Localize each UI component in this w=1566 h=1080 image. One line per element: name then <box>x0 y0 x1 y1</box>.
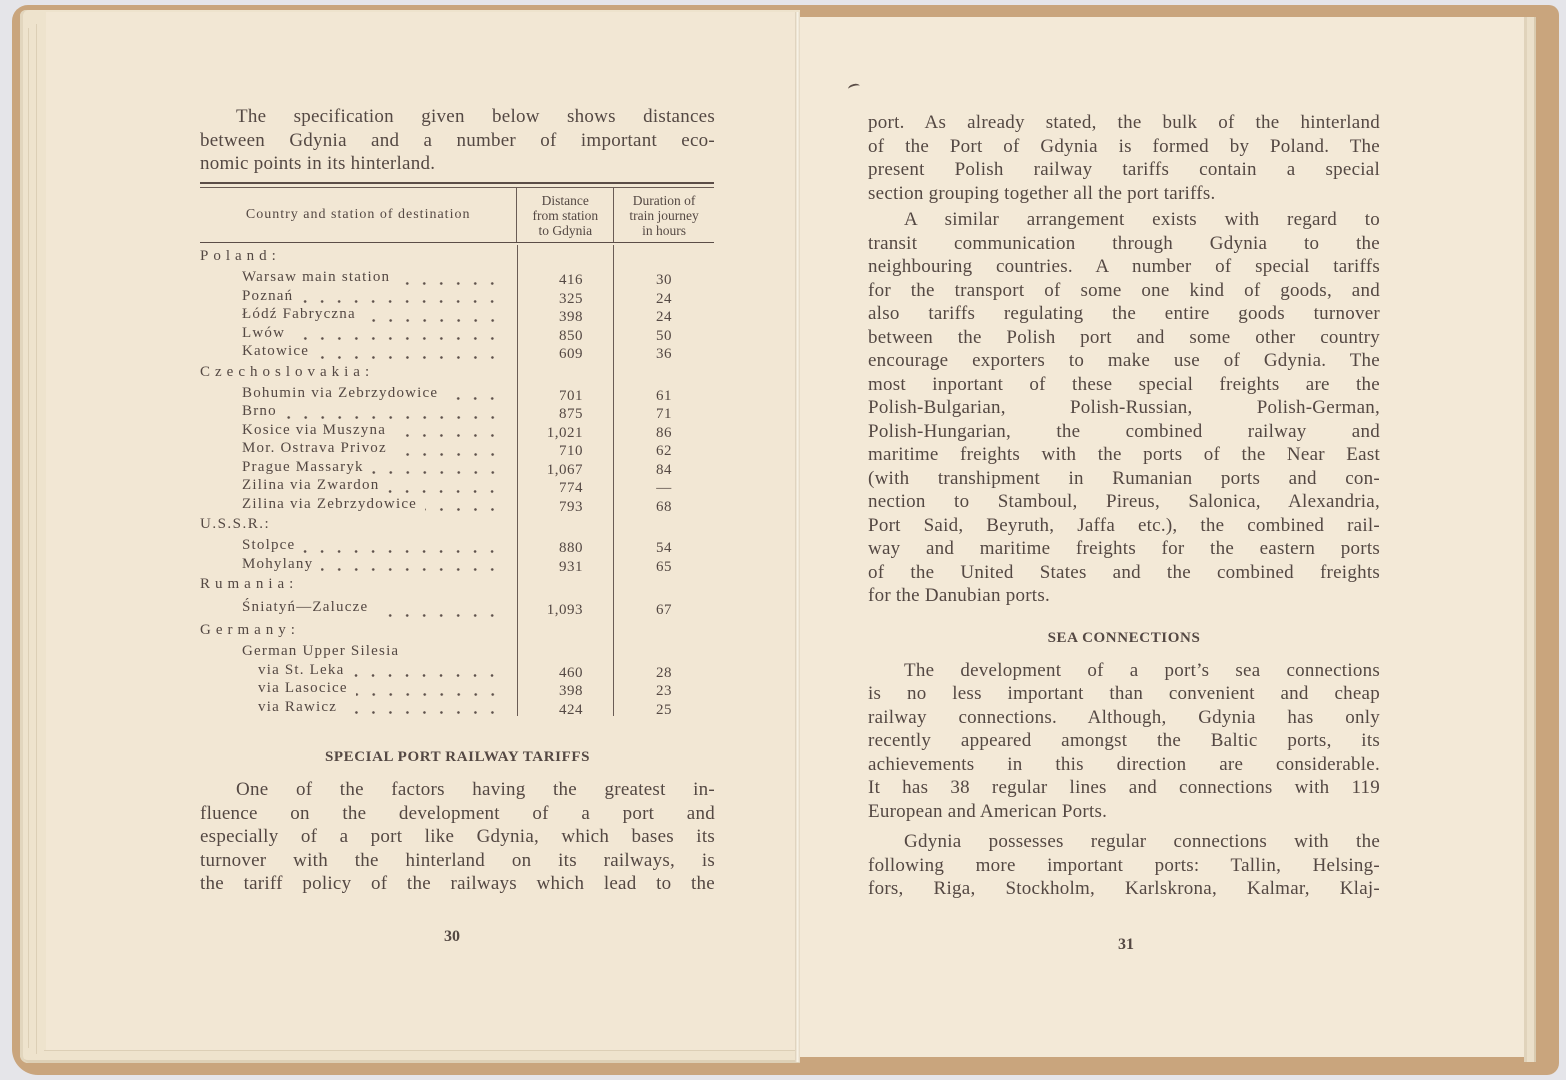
text-line: turnover with the hinterland on its rail… <box>200 849 715 873</box>
text-line: between Gdynia and a number of important… <box>200 129 715 153</box>
text-line: nomic points in its hinterland. <box>200 152 715 176</box>
text-line: for the transport of some one kind of go… <box>868 279 1380 303</box>
station-name: Mohylany <box>242 555 313 574</box>
hours-value: 65 <box>656 559 672 575</box>
dot-leader <box>394 421 501 439</box>
hours-value: 25 <box>656 702 672 718</box>
dot-leader <box>293 324 501 342</box>
text-line: It has 38 regular lines and connections … <box>868 776 1380 800</box>
header-line: train journey <box>629 208 698 223</box>
dot-leader <box>425 495 501 513</box>
distance-table: Country and station of destination Dista… <box>200 182 714 716</box>
dot-leader <box>301 287 501 305</box>
distance-value: 774 <box>559 480 583 496</box>
station-name: Mor. Ostrava Privoz <box>242 439 387 458</box>
dot-leader <box>446 384 501 402</box>
text-line: recently appeared amongst the Baltic por… <box>868 729 1380 753</box>
hours-value: 54 <box>656 540 672 556</box>
distance-value: 609 <box>559 346 583 362</box>
distance-value: 880 <box>559 540 583 556</box>
paragraph-port-tariffs: port. As already stated, the bulk of the… <box>868 111 1380 205</box>
text-line: present Polish railway tariffs contain a… <box>868 158 1380 182</box>
text-line: One of the factors having the greatest i… <box>200 778 715 802</box>
distance-value: 1,067 <box>547 462 583 478</box>
station-name: Stolpce <box>242 536 295 555</box>
page-number-right: 31 <box>1118 936 1134 954</box>
table-row: Katowice 609 36 <box>200 342 714 361</box>
header-line: from station <box>532 208 598 223</box>
text-line: following more important ports: Tallin, … <box>868 854 1380 878</box>
table-row: Prague Massaryk 1,067 84 <box>200 458 714 477</box>
text-line: A similar arrangement exists with regard… <box>868 208 1380 232</box>
text-line: of the United States and the combined fr… <box>868 561 1380 585</box>
distance-value: 416 <box>559 272 583 288</box>
station-name: Prague Massaryk <box>242 458 364 477</box>
group-row-germany: Germany: <box>200 619 714 642</box>
dot-leader <box>395 440 501 458</box>
hours-value: 36 <box>656 346 672 362</box>
paragraph-regular-connections: Gdynia possesses regular connections wit… <box>868 830 1380 901</box>
dot-leader <box>352 661 501 679</box>
hours-value: 24 <box>656 291 672 307</box>
distance-value: 1,093 <box>547 602 583 618</box>
hours-value: 23 <box>656 683 672 699</box>
hours-value: 84 <box>656 462 672 478</box>
distance-value: 398 <box>559 683 583 699</box>
station-name: Zilina via Zebrzydowice <box>242 495 417 514</box>
text-line: achievements in this direction are consi… <box>868 753 1380 777</box>
hours-value: — <box>656 480 672 496</box>
page-number-left: 30 <box>444 928 460 946</box>
text-line: fluence on the development of a port and <box>200 802 715 826</box>
country-label: U.S.S.R.: <box>200 513 270 536</box>
distance-value: 701 <box>559 388 583 404</box>
distance-value: 710 <box>559 443 583 459</box>
table-row: Łódź Fabryczna 398 24 <box>200 305 714 324</box>
subgroup-label: German Upper Silesia <box>242 642 399 661</box>
dot-leader <box>376 601 501 619</box>
text-line: Port Said, Beyruth, Jaffa etc.), the com… <box>868 514 1380 538</box>
group-row-poland: Poland: <box>200 245 714 268</box>
text-line: for the Danubian ports. <box>868 584 1380 608</box>
distance-value: 325 <box>559 291 583 307</box>
text-line: Polish-Hungarian, the combined railway a… <box>868 420 1380 444</box>
distance-value: 850 <box>559 328 583 344</box>
hours-value: 28 <box>656 665 672 681</box>
text-line: most inportant of these special freights… <box>868 373 1380 397</box>
table-header: Country and station of destination Dista… <box>200 188 714 243</box>
text-line: the tariff policy of the railways which … <box>200 872 715 896</box>
dot-leader <box>345 698 501 716</box>
text-line: The development of a port’s sea connecti… <box>868 659 1380 683</box>
text-line: European and American Ports. <box>868 800 1380 824</box>
station-name: via St. Leka <box>258 661 344 680</box>
distance-value: 931 <box>559 559 583 575</box>
paragraph-sea-connections: The development of a port’s sea connecti… <box>868 659 1380 824</box>
table-row: Warsaw main station 416 30 <box>200 268 714 287</box>
text-line: The specification given below shows dist… <box>200 105 715 129</box>
table-row: Zilina via Zwardon 774 — <box>200 476 714 495</box>
table-row: via St. Leka 460 28 <box>200 661 714 680</box>
dot-leader <box>398 269 501 287</box>
text-line: between the Polish port and some other c… <box>868 326 1380 350</box>
station-name: via Lasocice <box>258 679 348 698</box>
station-name: Warsaw main station <box>242 268 390 287</box>
dot-leader <box>372 458 501 476</box>
book-spine <box>795 12 800 1062</box>
table-top-rule <box>200 182 714 184</box>
table-row: Mor. Ostrava Privoz 710 62 <box>200 439 714 458</box>
table-row: Śniatyń—Zalucze 1,093 67 <box>200 596 714 619</box>
table-row: Stolpce 880 54 <box>200 536 714 555</box>
distance-value: 1,021 <box>547 425 583 441</box>
hours-value: 67 <box>656 602 672 618</box>
column-header-distance: Distance from station to Gdynia <box>516 188 613 242</box>
dot-leader <box>285 403 501 421</box>
left-intro-paragraph: The specification given below shows dist… <box>200 105 715 176</box>
text-line: encourage exporters to make use of Gdyni… <box>868 349 1380 373</box>
paragraph-transit-tariffs: A similar arrangement exists with regard… <box>868 208 1380 608</box>
text-line: fors, Riga, Stockholm, Karlskrona, Kalma… <box>868 877 1380 901</box>
station-name: Kosice via Muszyna <box>242 421 386 440</box>
text-line: Gdynia possesses regular connections wit… <box>868 830 1380 854</box>
column-header-country: Country and station of destination <box>200 188 516 242</box>
header-line: in hours <box>642 223 686 238</box>
distance-value: 875 <box>559 406 583 422</box>
table-row: Bohumin via Zebrzydowice 701 61 <box>200 384 714 403</box>
station-name: Lwów <box>242 324 285 343</box>
station-name: Brno <box>242 402 277 421</box>
country-label: Czechoslovakia: <box>200 361 374 384</box>
table-row: via Lasocice 398 23 <box>200 679 714 698</box>
text-line: (with transhipment in Rumanian ports and… <box>868 467 1380 491</box>
right-text-column: port. As already stated, the bulk of the… <box>868 111 1380 904</box>
text-line: especially of a port like Gdynia, which … <box>200 825 715 849</box>
dot-leader <box>303 537 501 555</box>
page-edge-line <box>28 28 29 1048</box>
dot-leader <box>364 306 501 324</box>
text-line: way and maritime freights for the easter… <box>868 537 1380 561</box>
text-line: railway connections. Although, Gdynia ha… <box>868 706 1380 730</box>
station-name: Bohumin via Zebrzydowice <box>242 384 438 403</box>
group-row-czechoslovakia: Czechoslovakia: <box>200 361 714 384</box>
distance-value: 398 <box>559 309 583 325</box>
table-row: Poznań 325 24 <box>200 287 714 306</box>
column-header-duration: Duration of train journey in hours <box>613 188 714 242</box>
page-edge-line <box>44 1050 800 1051</box>
text-line: Polish-Bulgarian, Polish-Russian, Polish… <box>868 396 1380 420</box>
country-label: Germany: <box>200 619 300 642</box>
hours-value: 62 <box>656 443 672 459</box>
text-line: section grouping together all the port t… <box>868 182 1380 206</box>
text-line: is no less important than convenient and… <box>868 682 1380 706</box>
country-label: Rumania: <box>200 573 298 596</box>
group-row-rumania: Rumania: <box>200 573 714 596</box>
text-line: nection to Stamboul, Pireus, Salonica, A… <box>868 490 1380 514</box>
table-row: Lwów 850 50 <box>200 324 714 343</box>
header-line: Duration of <box>633 193 696 208</box>
distance-value: 460 <box>559 665 583 681</box>
right-page-stack <box>1524 17 1536 1062</box>
dot-leader <box>317 343 501 361</box>
table-row: via Rawicz 424 25 <box>200 698 714 717</box>
text-line: transit communication through Gdynia to … <box>868 232 1380 256</box>
distance-value: 424 <box>559 702 583 718</box>
station-name: Zilina via Zwardon <box>242 476 379 495</box>
section-heading-sea-connections: SEA CONNECTIONS <box>868 627 1380 649</box>
hours-value: 30 <box>656 272 672 288</box>
station-name: Śniatyń—Zalucze <box>242 596 368 619</box>
hours-value: 71 <box>656 406 672 422</box>
section-heading-railway-tariffs: SPECIAL PORT RAILWAY TARIFFS <box>200 746 715 768</box>
left-section: SPECIAL PORT RAILWAY TARIFFS One of the … <box>200 746 715 896</box>
page-edge-line <box>36 24 37 1054</box>
table-row: Zilina via Zebrzydowice 793 68 <box>200 495 714 514</box>
table-row: Brno 875 71 <box>200 402 714 421</box>
hours-value: 50 <box>656 328 672 344</box>
subgroup-row: German Upper Silesia <box>200 642 714 661</box>
text-line: of the Port of Gdynia is formed by Polan… <box>868 135 1380 159</box>
dot-leader <box>356 680 501 698</box>
table-body: Poland: Warsaw main station 416 30 Pozna… <box>200 243 714 716</box>
text-line: port. As already stated, the bulk of the… <box>868 111 1380 135</box>
dot-leader <box>321 555 501 573</box>
hours-value: 61 <box>656 388 672 404</box>
hours-value: 68 <box>656 499 672 515</box>
distance-value: 793 <box>559 499 583 515</box>
station-name: Łódź Fabryczna <box>242 305 356 324</box>
hours-value: 86 <box>656 425 672 441</box>
table-row: Kosice via Muszyna 1,021 86 <box>200 421 714 440</box>
station-name: via Rawicz <box>258 698 337 717</box>
text-line: also tariffs regulating the entire goods… <box>868 302 1380 326</box>
header-line: Distance <box>542 193 589 208</box>
dot-leader <box>387 477 501 495</box>
station-name: Katowice <box>242 342 309 361</box>
station-name: Poznań <box>242 287 293 306</box>
text-line: maritime freights with the ports of the … <box>868 443 1380 467</box>
group-row-ussr: U.S.S.R.: <box>200 513 714 536</box>
table-row: Mohylany 931 65 <box>200 555 714 574</box>
hours-value: 24 <box>656 309 672 325</box>
header-line: to Gdynia <box>538 223 592 238</box>
country-label: Poland: <box>200 245 281 268</box>
text-line: neighbouring countries. A number of spec… <box>868 255 1380 279</box>
